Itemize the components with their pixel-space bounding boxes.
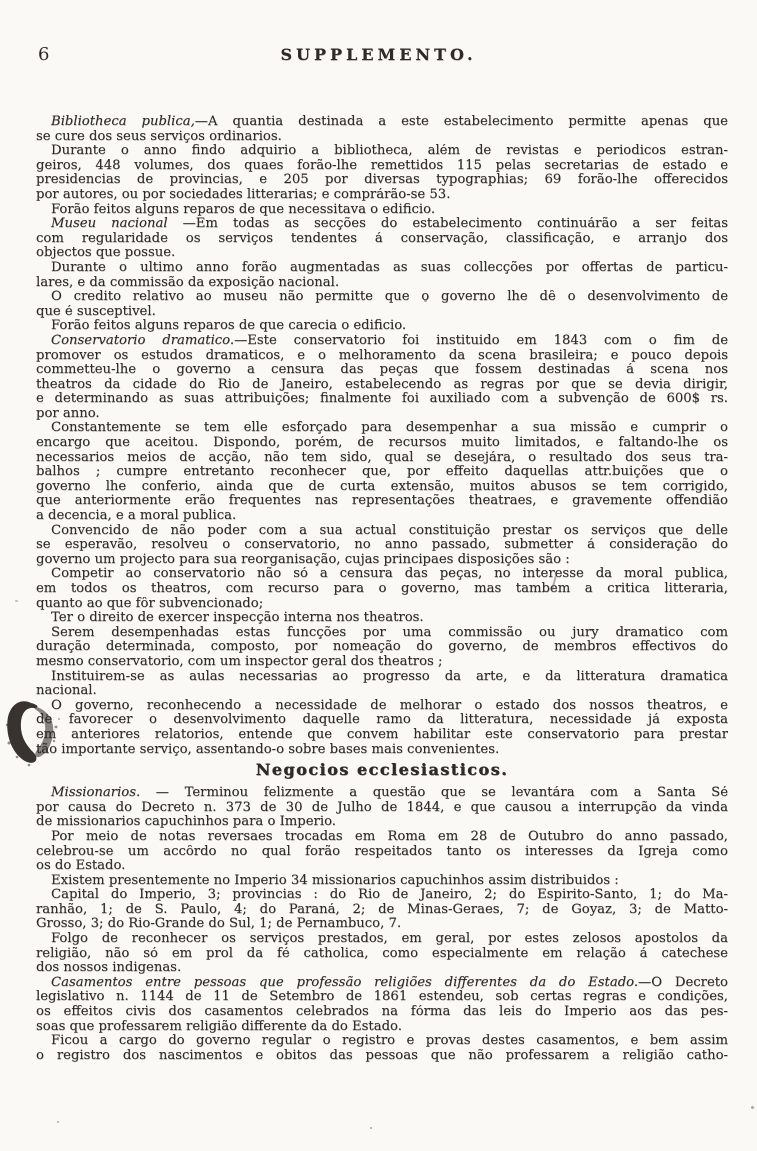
text-line: soas que professarem religião differente… — [36, 1020, 728, 1035]
text-line: religião, não só em prol da fé catholica… — [36, 947, 728, 962]
text-line: mesmo conservatorio, com um inspector ge… — [36, 655, 728, 670]
text-line: Capital do Imperio, 3; provincias : do R… — [36, 888, 728, 903]
text-line: objectos que possue. — [36, 246, 728, 261]
paragraph: Missionarios. — Terminou felizmente a qu… — [36, 786, 728, 830]
text-line: promover os estudos dramaticos, e o melh… — [36, 349, 728, 364]
text-line: geiros, 448 volumes, dos quaes forão-lhe… — [36, 159, 728, 174]
text-line: Convencido de não poder com a sua actual… — [36, 524, 728, 539]
text-line: Grosso, 3; do Rio-Grande do Sul, 1; de P… — [36, 917, 728, 932]
text-line: Competir ao conservatorio não só a censu… — [36, 567, 728, 582]
text-line: Durante o ultimo anno forão augmentadas … — [36, 261, 728, 276]
text-line: Durante o anno findo adquirio a biblioth… — [36, 144, 728, 159]
page-number: 6 — [38, 45, 49, 65]
paragraph: O governo, reconhecendo a necessidade de… — [36, 699, 728, 757]
text-line: presidencias de provincias, e 205 por di… — [36, 173, 728, 188]
paragraph: Museu nacional —Em todas as secções do e… — [36, 217, 728, 261]
text-line: ranhão, 1; de S. Paulo, 4; do Paraná, 2;… — [36, 903, 728, 918]
paragraph: Existem presentemente no Imperio 34 miss… — [36, 874, 728, 889]
text-line: que anteriormente erão frequentes nas re… — [36, 494, 728, 509]
text-line: o registro dos nascimentos e obitos das … — [36, 1049, 728, 1064]
paragraph: Constantemente se tem elle esforçado par… — [36, 421, 728, 523]
text-line: de favorecer o desenvolvimento daquelle … — [36, 713, 728, 728]
paragraph: Competir ao conservatorio não só a censu… — [36, 567, 728, 611]
text-line: Serem desempenhadas estas funcções por u… — [36, 626, 728, 641]
text-line: Missionarios. — Terminou felizmente a qu… — [36, 786, 728, 801]
text-line: com regularidade os serviços tendentes á… — [36, 232, 728, 247]
text-line: por anno. — [36, 407, 728, 422]
text-line: que é susceptivel. — [36, 305, 728, 320]
text-line: se cure dos seus serviços ordinarios. — [36, 130, 728, 145]
document-page: 6 SUPPLEMENTO. Bibliotheca publica,—A qu… — [0, 0, 757, 1151]
text-line: Folgo de reconhecer os serviços prestado… — [36, 932, 728, 947]
text-line: tão importante serviço, assentando-o sob… — [36, 743, 728, 758]
text-line: por autores, ou por sociedades litterari… — [36, 188, 728, 203]
section-heading: Negocios ecclesiasticos. — [36, 760, 728, 779]
text-line: a decencia, e a moral publica. — [36, 509, 728, 524]
text-line: dos nossos indigenas. — [36, 961, 728, 976]
text-line: em anteriores relatorios, entende que co… — [36, 728, 728, 743]
text-line: Forão feitos alguns reparos de que carec… — [36, 319, 728, 334]
text-line: Constantemente se tem elle esforçado par… — [36, 421, 728, 436]
text-line: legislativo n. 1144 de 11 de Setembro de… — [36, 990, 728, 1005]
text-line: de missionarios capuchinhos para o Imper… — [36, 815, 728, 830]
text-line: Museu nacional —Em todas as secções do e… — [36, 217, 728, 232]
text-line: Casamentos entre pessoas que professão r… — [36, 976, 728, 991]
text-line: nacional. — [36, 684, 728, 699]
text-line: Existem presentemente no Imperio 34 miss… — [36, 874, 728, 889]
paragraph: Folgo de reconhecer os serviços prestado… — [36, 932, 728, 976]
text-line: necessarios meios de acção, não tem sido… — [36, 451, 728, 466]
paragraph: Instituirem-se as aulas necessarias ao p… — [36, 670, 728, 699]
scan-speck — [15, 600, 18, 602]
paragraph: Casamentos entre pessoas que professão r… — [36, 976, 728, 1034]
text-line: encargo que aceitou. Dispondo, porém, de… — [36, 436, 728, 451]
text-line: Ficou a cargo do governo regular o regis… — [36, 1034, 728, 1049]
text-line: Instituirem-se as aulas necessarias ao p… — [36, 670, 728, 685]
text-line: commetteu-lhe o governo a censura das pe… — [36, 363, 728, 378]
scan-speck — [370, 1127, 372, 1129]
text-line: por causa do Decreto n. 373 de 30 de Jul… — [36, 801, 728, 816]
text-line: Bibliotheca publica,—A quantia destinada… — [36, 115, 728, 130]
paragraph: Capital do Imperio, 3; provincias : do R… — [36, 888, 728, 932]
text-line: em todos os theatros, com recurso para o… — [36, 582, 728, 597]
text-line: lares, e da commissão da exposição nacio… — [36, 276, 728, 291]
text-line: os effeitos civis dos casamentos celebra… — [36, 1005, 728, 1020]
paragraph: Ter o direito de exercer inspecção inter… — [36, 611, 728, 626]
text-line: Conservatorio dramatico.—Este conservato… — [36, 334, 728, 349]
scan-speck — [424, 299, 427, 302]
page-header: 6 SUPPLEMENTO. — [0, 45, 757, 67]
paragraph: O credito relativo ao museu não permitte… — [36, 290, 728, 319]
text-line: quanto ao que fôr subvencionado; — [36, 597, 728, 612]
paragraph: Forão feitos alguns reparos de que carec… — [36, 319, 728, 334]
paragraph: Serem desempenhadas estas funcções por u… — [36, 626, 728, 670]
text-line: Por meio de notas reversaes trocadas em … — [36, 830, 728, 845]
text-line: Forão feitos alguns reparos de que neces… — [36, 203, 728, 218]
text-line: O governo, reconhecendo a necessidade de… — [36, 699, 728, 714]
text-line: os do Estado. — [36, 859, 728, 874]
paragraph: Convencido de não poder com a sua actual… — [36, 524, 728, 568]
paragraph: Durante o anno findo adquirio a biblioth… — [36, 144, 728, 202]
paragraph: Durante o ultimo anno forão augmentadas … — [36, 261, 728, 290]
paragraph: Ficou a cargo do governo regular o regis… — [36, 1034, 728, 1063]
paragraph: Forão feitos alguns reparos de que neces… — [36, 203, 728, 218]
page-title: SUPPLEMENTO. — [0, 45, 757, 65]
paragraph: Conservatorio dramatico.—Este conservato… — [36, 334, 728, 422]
text-line: e determinando as suas attribuições; fin… — [36, 392, 728, 407]
text-line: duração determinada, composto, por nomea… — [36, 640, 728, 655]
text-line: governo um projecto para sua reorganisaç… — [36, 553, 728, 568]
text-line: theatros da cidade do Rio de Janeiro, es… — [36, 378, 728, 393]
scan-speck — [751, 1106, 754, 1109]
scan-speck — [440, 1008, 442, 1010]
text-line: Ter o direito de exercer inspecção inter… — [36, 611, 728, 626]
paragraph: Bibliotheca publica,—A quantia destinada… — [36, 115, 728, 144]
paragraph: Por meio de notas reversaes trocadas em … — [36, 830, 728, 874]
text-line: O credito relativo ao museu não permitte… — [36, 290, 728, 305]
ink-blot-stain — [1, 695, 71, 775]
text-line: celebrou-se um accôrdo no qual forão res… — [36, 845, 728, 860]
text-line: governo lhe conferio, ainda que de curta… — [36, 480, 728, 495]
scan-speck — [57, 1121, 59, 1123]
text-line: se esperavão, resolveu o conservatorio, … — [36, 538, 728, 553]
text-line: balhos ; cumpre entretanto reconhecer qu… — [36, 465, 728, 480]
page-content: Bibliotheca publica,—A quantia destinada… — [36, 115, 728, 1063]
